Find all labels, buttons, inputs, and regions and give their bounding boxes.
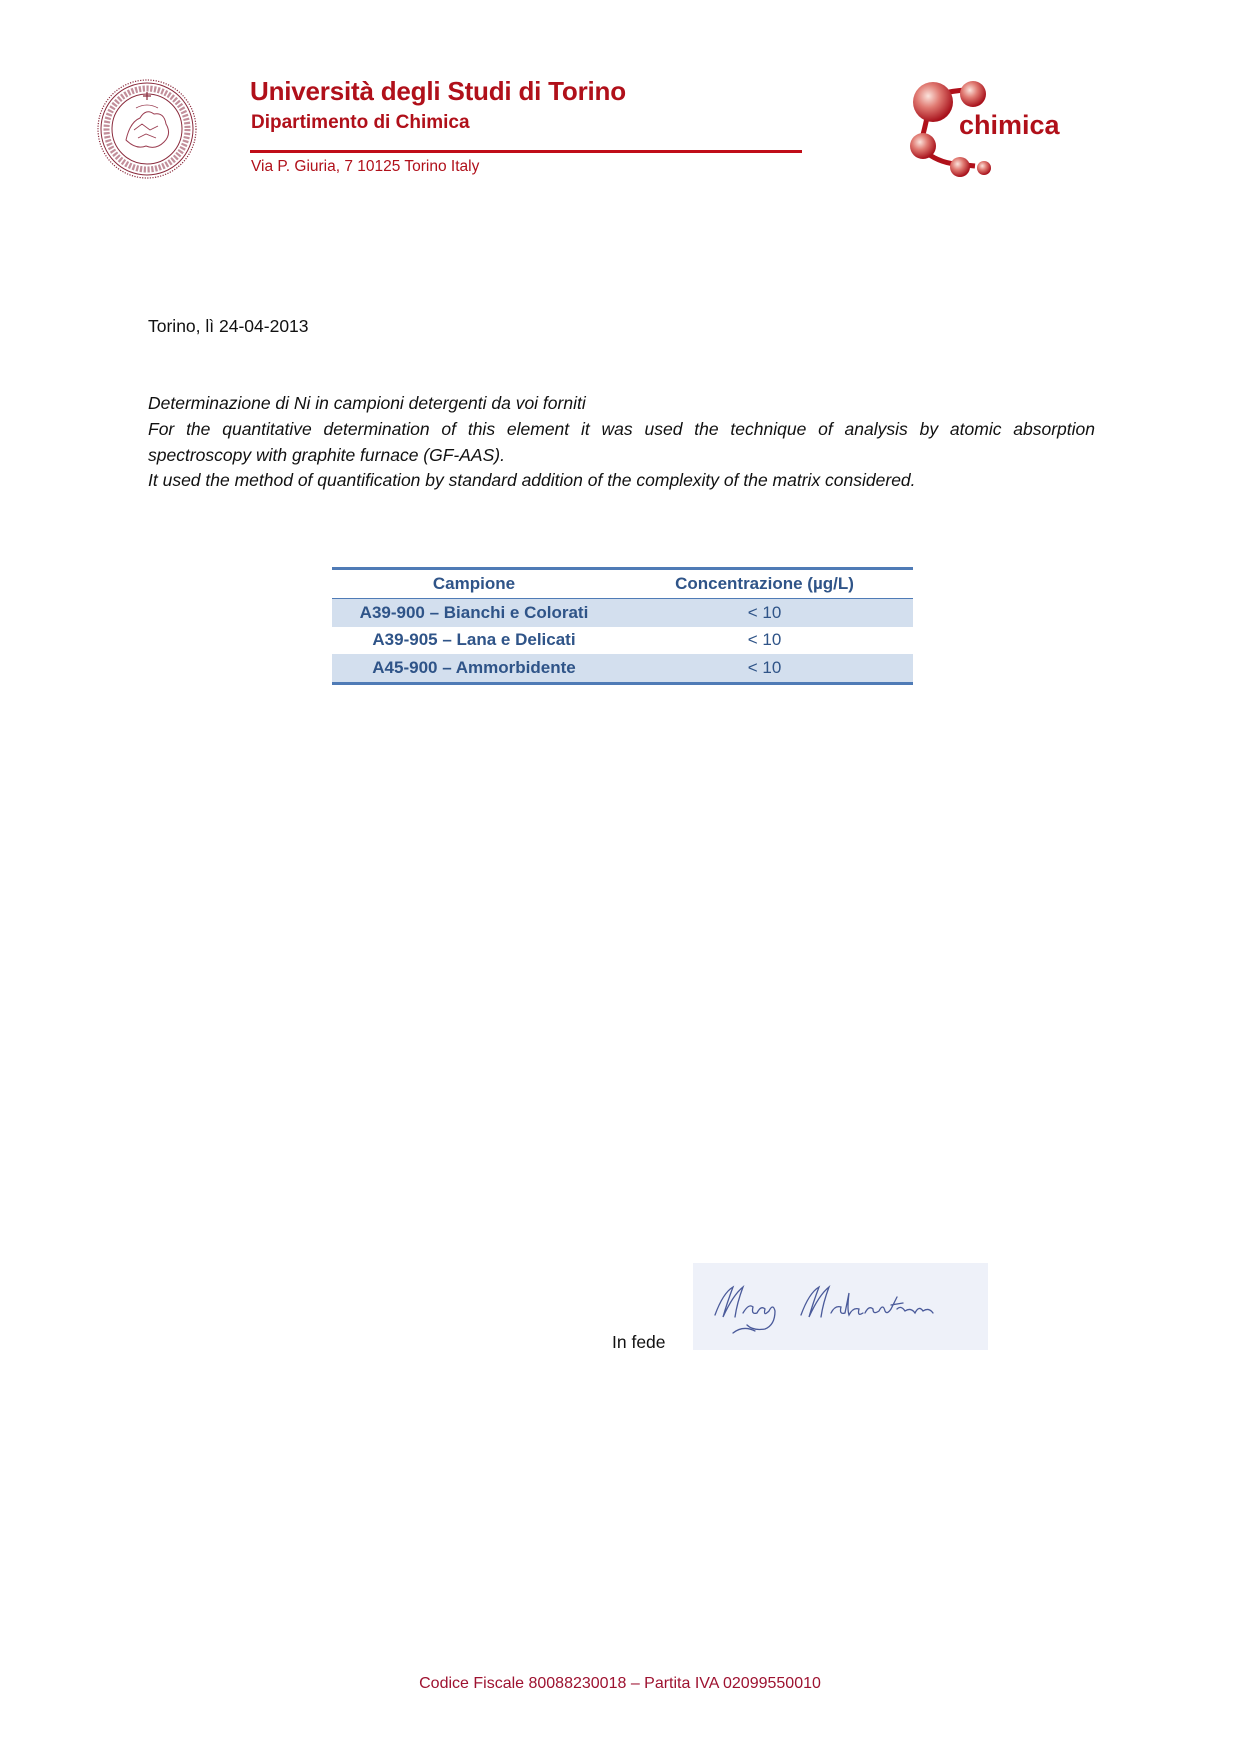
date-line: Torino, lì 24-04-2013 (148, 316, 309, 337)
table-row: A39-905 – Lana e Delicati < 10 (332, 627, 913, 655)
handwritten-signature-icon (693, 1263, 988, 1350)
header-divider (250, 150, 802, 153)
department-address: Via P. Giuria, 7 10125 Torino Italy (251, 158, 479, 176)
footer-tax-info: Codice Fiscale 80088230018 – Partita IVA… (0, 1675, 1240, 1693)
concentration-value: < 10 (616, 654, 913, 683)
department-name: Dipartimento di Chimica (251, 112, 470, 134)
method-line-3: It used the method of quantification by … (148, 468, 1095, 494)
concentration-value: < 10 (616, 599, 913, 627)
subject-line: Determinazione di Ni in campioni deterge… (148, 391, 1095, 417)
method-line-2: spectroscopy with graphite furnace (GF-A… (148, 443, 1095, 469)
sample-name: A39-900 – Bianchi e Colorati (332, 599, 616, 627)
molecule-logo-icon: chimica (905, 72, 1075, 184)
closing-in-fede: In fede (612, 1332, 666, 1353)
table-row: A39-900 – Bianchi e Colorati < 10 (332, 599, 913, 627)
column-header-sample: Campione (332, 569, 616, 599)
university-name: Università degli Studi di Torino (250, 76, 626, 107)
method-line-1: For the quantitative determination of th… (148, 417, 1095, 443)
table-header-row: Campione Concentrazione (µg/L) (332, 569, 913, 599)
results-table: Campione Concentrazione (µg/L) A39-900 –… (332, 567, 913, 685)
table-row: A45-900 – Ammorbidente < 10 (332, 654, 913, 683)
intro-paragraph: Determinazione di Ni in campioni deterge… (148, 391, 1095, 494)
university-seal-icon (96, 78, 198, 180)
concentration-value: < 10 (616, 627, 913, 655)
column-header-concentration: Concentrazione (µg/L) (616, 569, 913, 599)
sample-name: A39-905 – Lana e Delicati (332, 627, 616, 655)
logo-text: chimica (959, 110, 1061, 140)
sample-name: A45-900 – Ammorbidente (332, 654, 616, 683)
